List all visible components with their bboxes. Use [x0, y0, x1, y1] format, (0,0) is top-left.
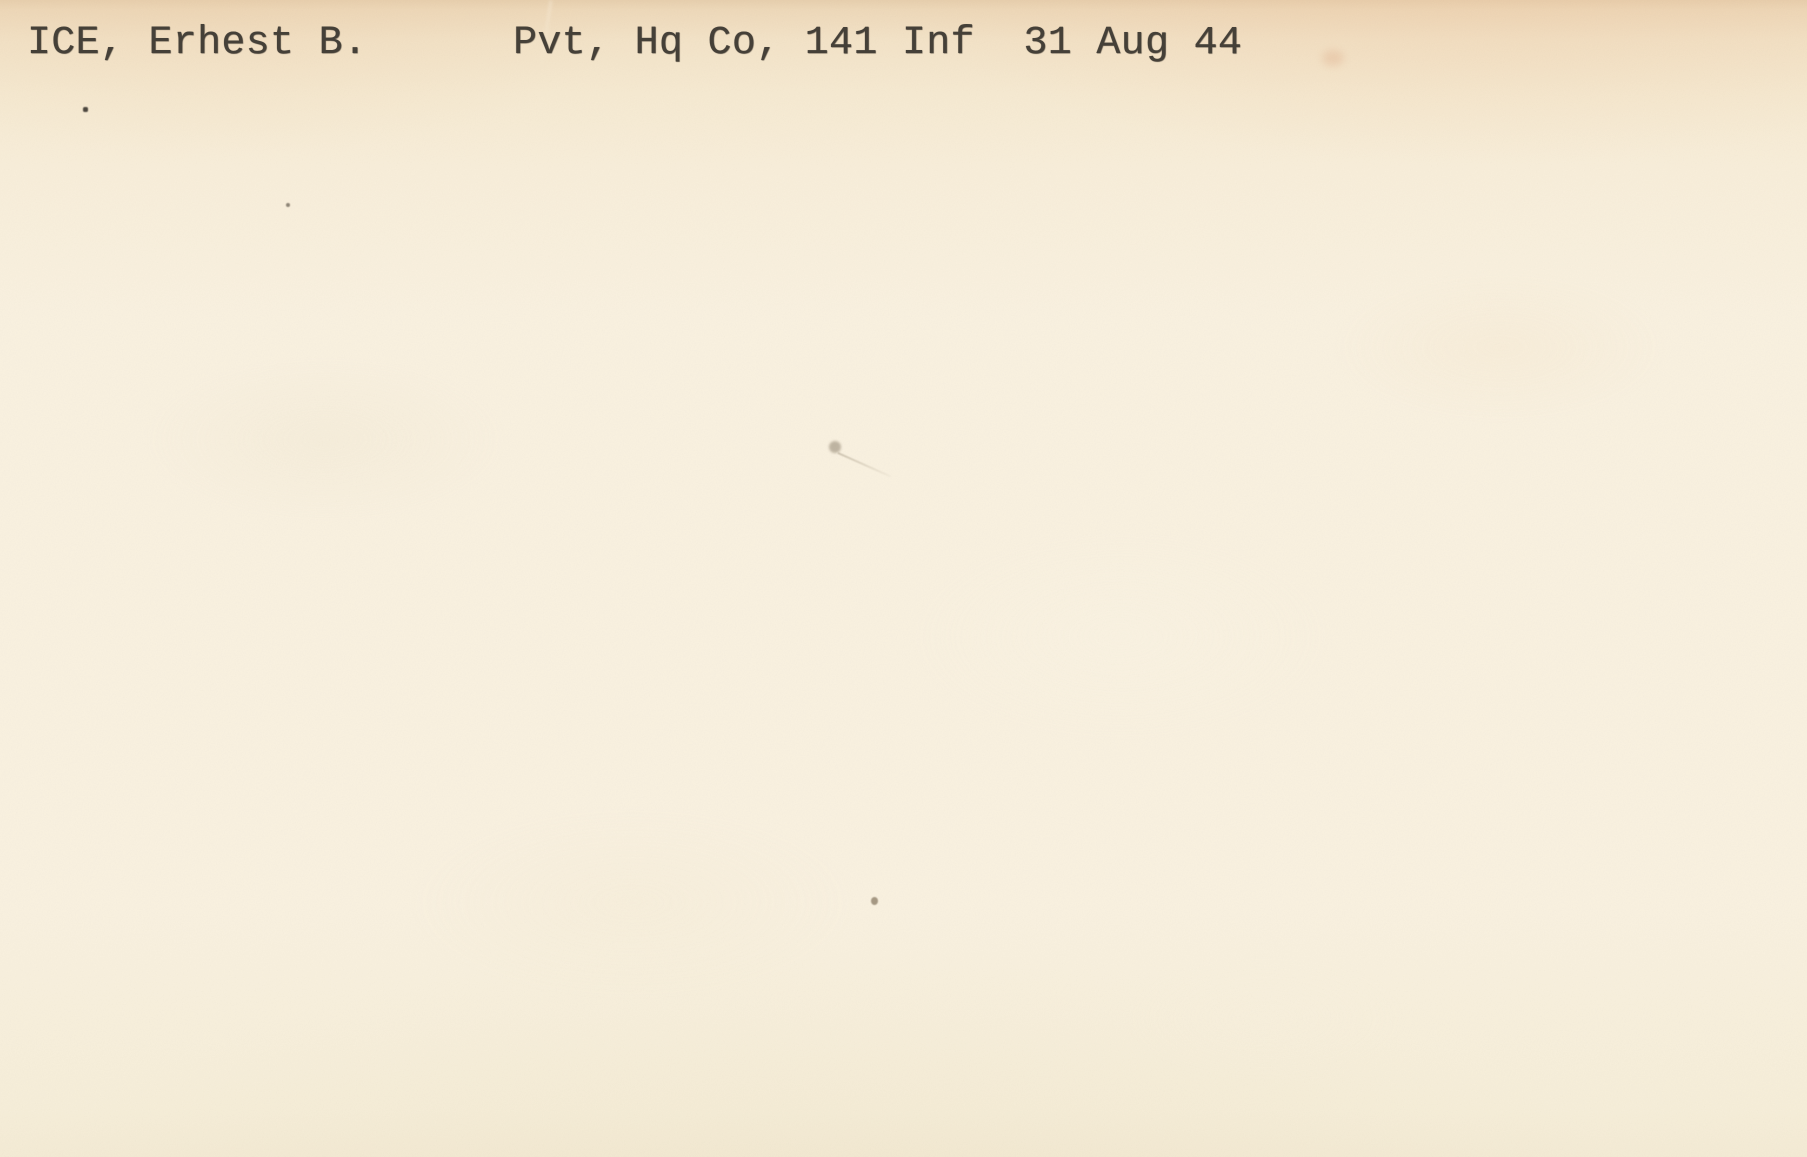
- paper-speck: [829, 441, 841, 453]
- paper-speck: [871, 897, 878, 905]
- scanned-index-card: ICE, Erhest B. Pvt, Hq Co, 141 Inf 31 Au…: [0, 0, 1807, 1157]
- paper-scratch: [838, 452, 892, 477]
- paper-mottling: [0, 0, 1807, 1157]
- paper-smudge: [1322, 50, 1344, 66]
- paper-speck: [286, 203, 290, 207]
- typed-record-line: ICE, Erhest B. Pvt, Hq Co, 141 Inf 31 Au…: [27, 24, 1242, 64]
- ink-speck: [83, 107, 88, 112]
- paper-grain-texture: [0, 0, 1807, 1157]
